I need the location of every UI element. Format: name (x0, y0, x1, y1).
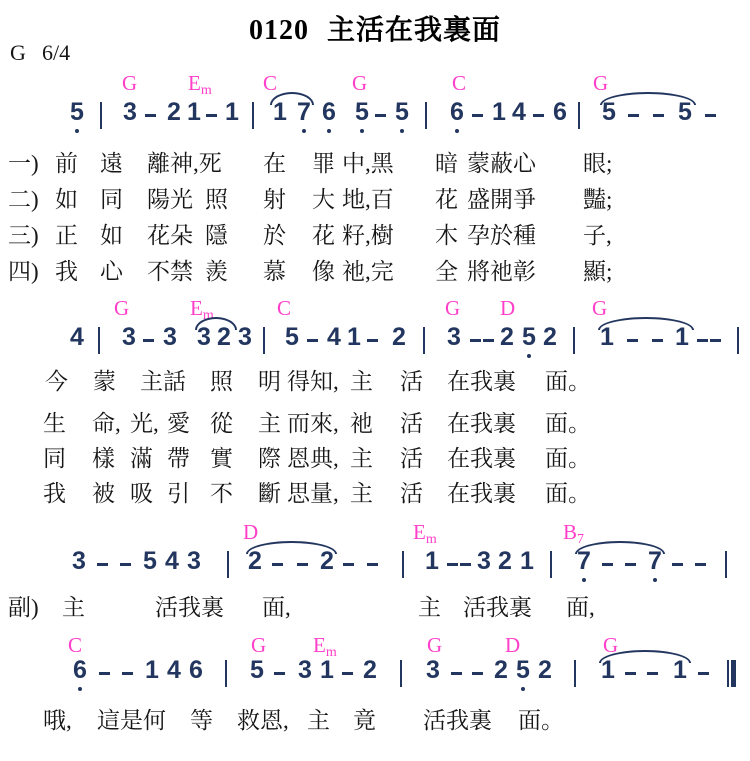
duration-dash (625, 672, 636, 675)
duration-dash (653, 114, 664, 117)
duration-dash (472, 114, 483, 117)
octave-dot (521, 687, 525, 691)
note-digit: 3 (477, 549, 491, 574)
lyric-chunk: 照 (205, 187, 228, 213)
duration-dash (367, 563, 378, 566)
note-digit: 5 (250, 658, 264, 683)
chord-subscript: m (201, 83, 212, 98)
chorus-lyric-line-3: 同樣滿帶實際恩典,主活在我裏面。 (0, 446, 750, 482)
lyric-chunk: 中,黑 (342, 151, 394, 177)
chord-label: C (277, 297, 291, 319)
lyric-chunk: 際 (258, 446, 281, 472)
lyric-chunk: 活 (400, 369, 423, 395)
lyric-chunk: 照 (210, 369, 233, 395)
lyric-chunk: 前 (55, 151, 78, 177)
lyric-chunk: 在我裏 (447, 369, 516, 395)
lyric-chunk: 隱 (205, 223, 228, 249)
final-barline (727, 660, 736, 687)
lyric-chunk: 全 (435, 259, 458, 285)
lyric-chunk: 從 (210, 411, 233, 437)
duration-dash (297, 563, 308, 566)
lyric-chunk: 如 (55, 187, 78, 213)
duration-dash (483, 339, 494, 342)
barline (573, 327, 575, 354)
lyric-chunk: 遠 (100, 151, 123, 177)
duration-dash (122, 672, 133, 675)
lyric-chunk: 像 (312, 259, 335, 285)
chord-label: G (122, 72, 137, 94)
duration-dash (627, 339, 638, 342)
duration-dash (120, 563, 131, 566)
melody-line-1: 5321117655614655 (0, 100, 750, 136)
note-digit: 4 (165, 549, 179, 574)
lyric-chunk: 恩典, (287, 446, 339, 472)
note-digit: 1 (347, 325, 361, 350)
note-digit: 3 (122, 325, 136, 350)
octave-dot (75, 129, 79, 133)
lyric-chunk: 面。 (545, 369, 591, 395)
lyric-chunk: 主 (418, 595, 441, 621)
lyric-chunk: 眼; (583, 151, 612, 177)
note-digit: 2 (543, 325, 557, 350)
lyric-chunk: 祂,完 (342, 259, 394, 285)
lyric-chunk: 主 (350, 446, 373, 472)
note-digit: 2 (392, 325, 406, 350)
note-digit: 2 (494, 658, 508, 683)
duration-dash (307, 339, 318, 342)
note-digit: 6 (553, 100, 567, 125)
duration-dash (343, 563, 354, 566)
lyric-chunk: 而來, (287, 411, 339, 437)
chord-label: C (68, 634, 82, 656)
lyric-chunk: 思量, (287, 481, 339, 507)
melody-line-2: 4333235412325211 (0, 325, 750, 361)
lyric-chunk: 竟 (353, 708, 376, 734)
lyric-chunk: 在 (263, 151, 286, 177)
lyric-chunk: 在我裏 (447, 481, 516, 507)
lyric-chunk: 面, (566, 595, 595, 621)
duration-dash (460, 563, 471, 566)
duration-dash (672, 563, 683, 566)
duration-dash (99, 672, 110, 675)
duration-dash (447, 563, 458, 566)
chord-label: C (452, 72, 466, 94)
note-digit: 5 (355, 100, 369, 125)
lyric-chunk: 主 (62, 595, 85, 621)
note-digit: 1 (520, 549, 534, 574)
lyric-chunk: 今 (45, 369, 68, 395)
barline (425, 102, 427, 129)
duration-dash (628, 114, 639, 117)
note-digit: 4 (167, 658, 181, 683)
barline (725, 551, 727, 578)
verse-line-1: 一)前遠離神,死在罪中,黑暗蒙蔽心眼; (0, 151, 750, 187)
lyric-chunk: 將祂彰 (467, 259, 536, 285)
lyric-chunk: 蒙蔽心 (467, 151, 536, 177)
lyric-chunk: 主話 (140, 369, 186, 395)
barline (98, 327, 100, 354)
chord-subscript: m (426, 532, 437, 547)
duration-dash (625, 563, 636, 566)
lyric-chunk: 於 (263, 223, 286, 249)
duration-dash (698, 672, 709, 675)
barline (263, 327, 265, 354)
lyric-chunk: 滿 (130, 446, 153, 472)
chorus-lyric-line-2: 生命,光,愛從主而來,祂活在我裏面。 (0, 411, 750, 447)
lyric-chunk: 一) (8, 151, 39, 177)
duration-dash (375, 114, 386, 117)
note-digit: 3 (163, 325, 177, 350)
barline (227, 551, 229, 578)
lyric-chunk: 被 (92, 481, 115, 507)
duration-dash (695, 563, 706, 566)
note-digit: 2 (363, 658, 377, 683)
lyric-chunk: 顯; (583, 259, 612, 285)
melody-line-4: 61465312325211 (0, 658, 750, 694)
note-digit: 4 (327, 325, 341, 350)
note-digit: 2 (167, 100, 181, 125)
barline (550, 551, 552, 578)
note-digit: 3 (72, 549, 86, 574)
note-digit: 5 (143, 549, 157, 574)
lyric-chunk: 實 (210, 446, 233, 472)
lyric-chunk: 同 (43, 446, 66, 472)
verse-line-3: 三)正如花朵隱於花籽,樹木孕於種子, (0, 223, 750, 259)
lyric-chunk: 我 (55, 259, 78, 285)
note-digit: 1 (492, 100, 506, 125)
note-digit: 1 (225, 100, 239, 125)
duration-dash (533, 114, 544, 117)
duration-dash (145, 114, 156, 117)
duration-dash (451, 672, 462, 675)
chord-label: G (427, 634, 442, 656)
duration-dash (710, 339, 721, 342)
time-signature: 6/4 (42, 40, 70, 66)
note-digit: 6 (73, 658, 87, 683)
lyric-chunk: 吸 (130, 481, 153, 507)
chord-subscript: 7 (577, 532, 584, 547)
lyric-chunk: 慕 (263, 259, 286, 285)
duration-dash (697, 339, 708, 342)
duration-dash (602, 563, 613, 566)
lyric-chunk: 盛開爭 (467, 187, 536, 213)
lyric-chunk: 豔; (583, 187, 612, 213)
lyric-chunk: 面, (262, 595, 291, 621)
duration-dash (274, 672, 285, 675)
lyric-chunk: 罪 (312, 151, 335, 177)
lyric-chunk: 愛 (167, 411, 190, 437)
note-digit: 3 (123, 100, 137, 125)
lyric-chunk: 我 (43, 481, 66, 507)
lyric-chunk: 活 (400, 411, 423, 437)
note-digit: 5 (285, 325, 299, 350)
lyric-chunk: 射 (263, 187, 286, 213)
lyric-chunk: 不禁 (147, 259, 193, 285)
note-digit: 6 (189, 658, 203, 683)
lyric-chunk: 在我裏 (447, 446, 516, 472)
lyric-chunk: 花 (435, 187, 458, 213)
lyric-chunk: 活 (400, 446, 423, 472)
sheet-music-page: 0120 主活在我裏面 G 6/4 GEmCGCG532111765561465… (0, 0, 750, 761)
lyric-chunk: 陽光 (147, 187, 193, 213)
octave-dot (360, 129, 364, 133)
barline (400, 660, 402, 687)
lyric-chunk: 帶 (167, 446, 190, 472)
note-digit: 4 (512, 100, 526, 125)
lyric-chunk: 主 (307, 708, 330, 734)
lyric-chunk: 羨 (205, 259, 228, 285)
lyric-chunk: 活我裏 (155, 595, 224, 621)
lyric-chunk: 花 (312, 223, 335, 249)
lyric-chunk: 面。 (545, 411, 591, 437)
duration-dash (647, 672, 658, 675)
song-title: 0120 主活在我裏面 (0, 8, 750, 48)
lyric-chunk: 四) (8, 259, 39, 285)
lyric-chunk: 活 (400, 481, 423, 507)
note-digit: 5 (70, 100, 84, 125)
note-digit: 2 (500, 325, 514, 350)
barline (578, 102, 580, 129)
barline (252, 102, 254, 129)
chord-label: G (352, 72, 367, 94)
lyric-chunk: 救恩, (237, 708, 289, 734)
duration-dash (143, 339, 154, 342)
octave-dot (653, 578, 657, 582)
octave-dot (327, 129, 331, 133)
note-digit: 5 (516, 658, 530, 683)
verse-line-2: 二)如同陽光照射大地,百花盛開爭豔; (0, 187, 750, 223)
note-digit: 4 (70, 325, 84, 350)
note-digit: 1 (425, 549, 439, 574)
chord-label: G (114, 297, 129, 319)
octave-dot (78, 687, 82, 691)
chord-label: D (505, 634, 520, 656)
barline (737, 327, 739, 354)
lyric-chunk: 這是何 (97, 708, 166, 734)
lyric-chunk: 得知, (287, 369, 339, 395)
lyric-chunk: 明 (258, 369, 281, 395)
barline (423, 327, 425, 354)
lyric-chunk: 正 (55, 223, 78, 249)
lyric-chunk: 等 (190, 708, 213, 734)
lyric-chunk: 離神,死 (147, 151, 222, 177)
octave-dot (400, 129, 404, 133)
lyric-chunk: 三) (8, 223, 39, 249)
barline (100, 102, 102, 129)
note-digit: 2 (538, 658, 552, 683)
note-digit: 6 (322, 100, 336, 125)
duration-dash (97, 563, 108, 566)
octave-dot (302, 129, 306, 133)
octave-dot (582, 578, 586, 582)
melody-line-3: 354322132177 (0, 549, 750, 585)
lyric-chunk: 大 (312, 187, 335, 213)
lyric-chunk: 活我裏 (423, 708, 492, 734)
note-digit: 1 (320, 658, 334, 683)
lyric-chunk: 祂 (350, 411, 373, 437)
lyric-chunk: 籽,樹 (342, 223, 394, 249)
duration-dash (342, 672, 353, 675)
note-digit: 3 (426, 658, 440, 683)
duration-dash (367, 339, 378, 342)
note-digit: 3 (447, 325, 461, 350)
lyric-chunk: 二) (8, 187, 39, 213)
duration-dash (472, 672, 483, 675)
lyric-chunk: 同 (100, 187, 123, 213)
lyric-chunk: 命, (92, 411, 121, 437)
lyric-chunk: 主 (258, 411, 281, 437)
duration-dash (652, 339, 663, 342)
chord-label: G (251, 634, 266, 656)
note-digit: 1 (187, 100, 201, 125)
lyric-chunk: 心 (100, 259, 123, 285)
note-digit: 5 (395, 100, 409, 125)
chord-label: G (593, 72, 608, 94)
note-digit: 2 (498, 549, 512, 574)
lyric-chunk: 蒙 (93, 369, 116, 395)
lyric-chunk: 副) (8, 595, 39, 621)
lyric-chunk: 暗 (435, 151, 458, 177)
chorus-lyric-line-1: 今蒙主話照明得知,主活在我裏面。 (0, 369, 750, 405)
lyric-chunk: 地,百 (342, 187, 394, 213)
note-digit: 6 (450, 100, 464, 125)
octave-dot (527, 354, 531, 358)
lyric-chunk: 哦, (43, 708, 72, 734)
lyric-chunk: 樣 (92, 446, 115, 472)
duration-dash (206, 114, 217, 117)
lyric-chunk: 主 (350, 481, 373, 507)
note-digit: 1 (145, 658, 159, 683)
verse-line-4: 四)我心不禁羨慕像祂,完全將祂彰顯; (0, 259, 750, 295)
final-lyric-line: 哦,這是何等救恩,主竟活我裏面。 (0, 708, 750, 744)
lyric-chunk: 光, (130, 411, 159, 437)
lyric-chunk: 孕於種 (467, 223, 536, 249)
barline (402, 551, 404, 578)
lyric-chunk: 活我裏 (463, 595, 532, 621)
note-digit: 5 (522, 325, 536, 350)
lyric-chunk: 生 (43, 411, 66, 437)
chord-label: D (243, 521, 258, 543)
octave-dot (455, 129, 459, 133)
chord-label: G (592, 297, 607, 319)
lyric-chunk: 木 (435, 223, 458, 249)
barline (225, 660, 227, 687)
chord-label: G (445, 297, 460, 319)
lyric-chunk: 在我裏 (447, 411, 516, 437)
note-digit: 3 (187, 549, 201, 574)
lyric-chunk: 面。 (545, 481, 591, 507)
lyric-chunk: 如 (100, 223, 123, 249)
lyric-chunk: 斷 (258, 481, 281, 507)
lyric-chunk: 面。 (545, 446, 591, 472)
chord-label: C (263, 72, 277, 94)
chord-label: D (500, 297, 515, 319)
lyric-chunk: 主 (350, 369, 373, 395)
duration-dash (705, 114, 716, 117)
lyric-chunk: 花朵 (147, 223, 193, 249)
lyric-chunk: 面。 (518, 708, 564, 734)
barline (574, 660, 576, 687)
lyric-chunk: 子, (583, 223, 612, 249)
refrain-lyric-line: 副)主活我裏面,主活我裏面, (0, 595, 750, 631)
duration-dash (272, 563, 283, 566)
note-digit: 3 (238, 325, 252, 350)
lyric-chunk: 引 (167, 481, 190, 507)
duration-dash (470, 339, 481, 342)
note-digit: 3 (298, 658, 312, 683)
key-signature: G (10, 40, 26, 66)
lyric-chunk: 不 (210, 481, 233, 507)
chorus-lyric-line-4: 我被吸引不斷思量,主活在我裏面。 (0, 481, 750, 517)
